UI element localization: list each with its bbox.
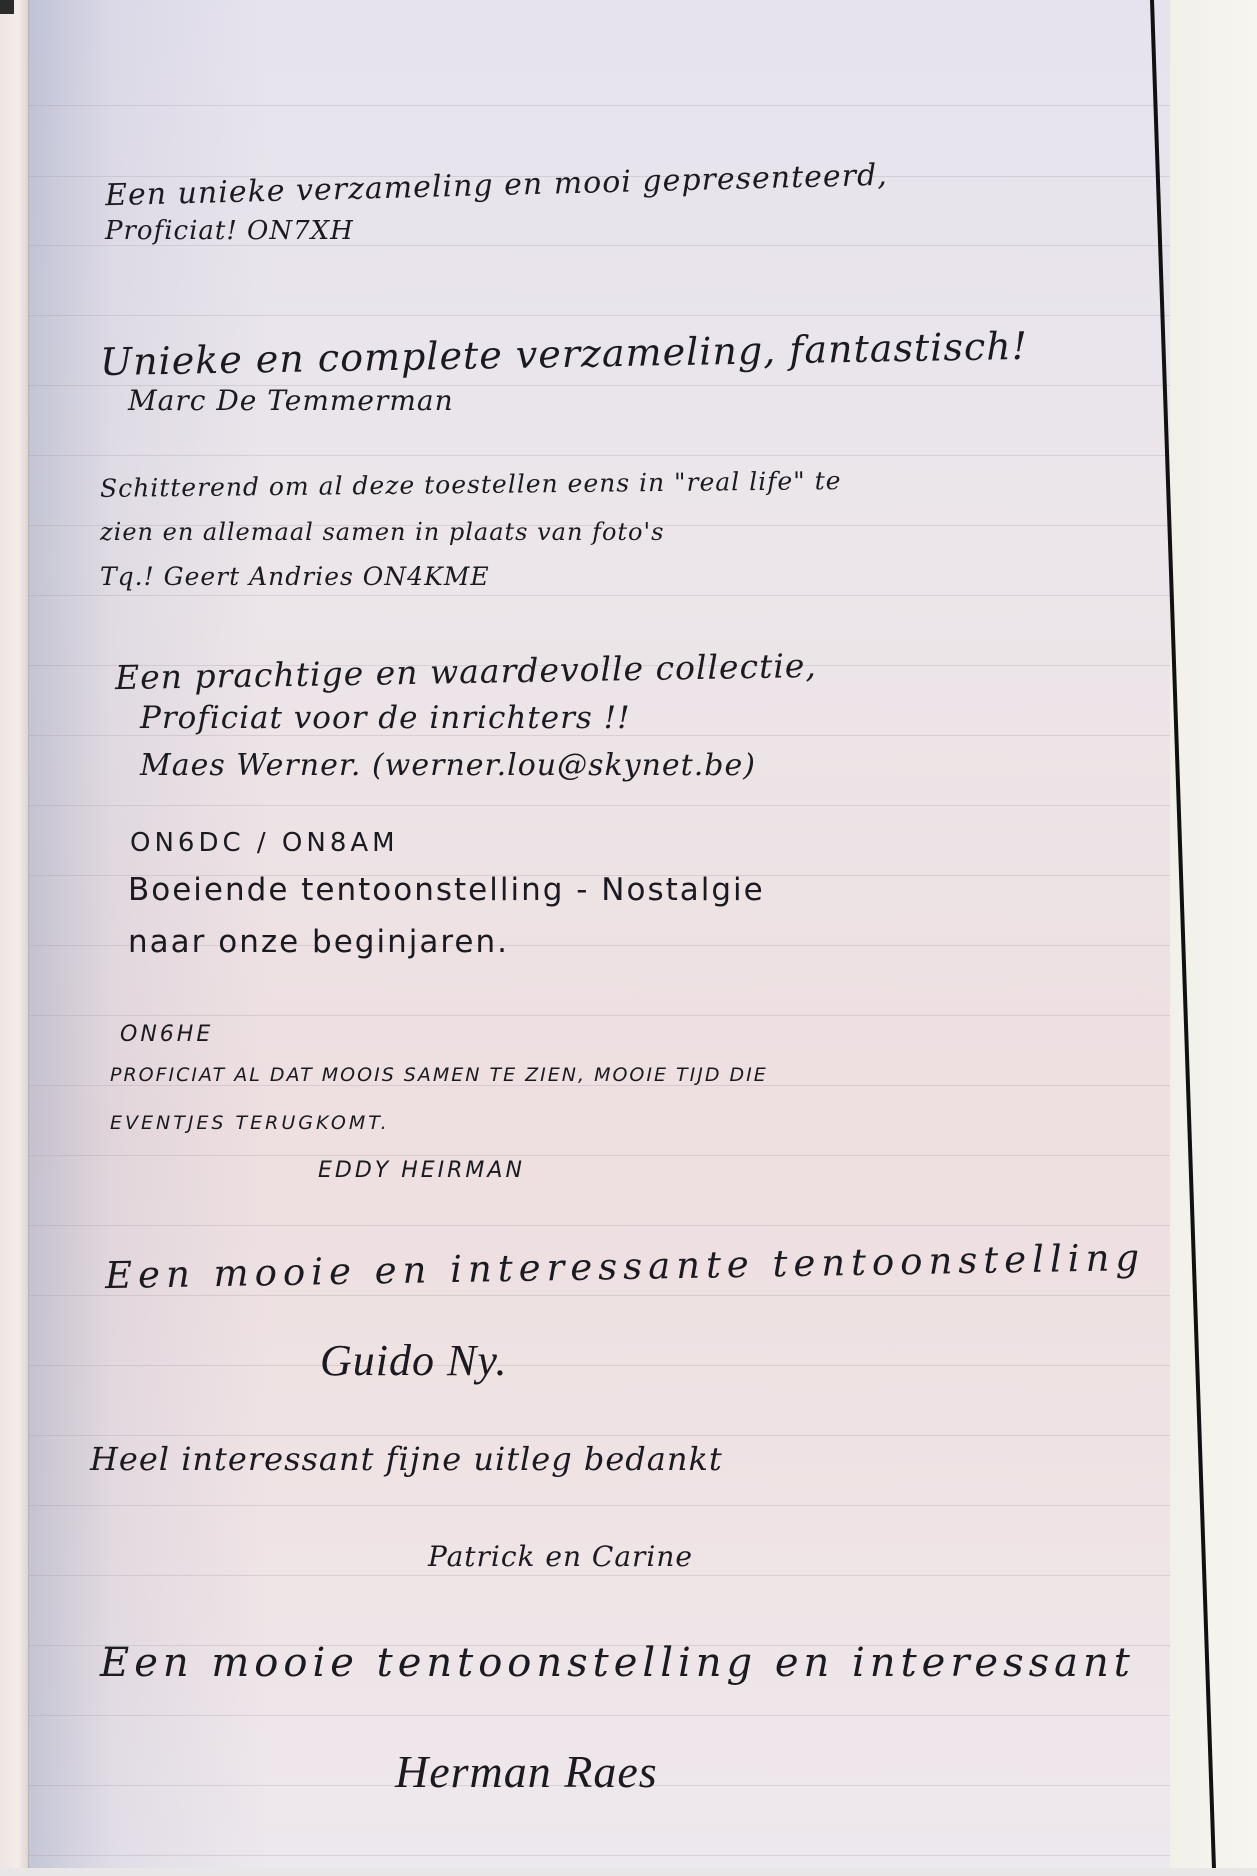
ruled-line <box>29 1435 1219 1436</box>
ruled-line <box>29 1715 1219 1716</box>
ruled-line <box>29 455 1219 456</box>
entry-4-signature: Maes Werner. (werner.lou@skynet.be) <box>140 748 756 783</box>
entry-9-line-1: Een mooie tentoonstelling en interessant <box>100 1640 1135 1686</box>
notebook-bottom-edge <box>0 1868 1257 1876</box>
ruled-line <box>29 1505 1219 1506</box>
ruled-line <box>29 1015 1219 1016</box>
ruled-line <box>29 595 1219 596</box>
entry-1-line-2: Proficiat! ON7XH <box>105 216 354 246</box>
ruled-line <box>29 1155 1219 1156</box>
ruled-line <box>29 315 1219 316</box>
ruled-line <box>29 105 1219 106</box>
entry-8-line-1: Heel interessant fijne uitleg bedankt <box>90 1440 723 1478</box>
ruled-line <box>29 1855 1219 1856</box>
notebook-left-edge <box>0 0 30 1876</box>
entry-7-signature: Guido Ny. <box>320 1335 507 1386</box>
ruled-line <box>29 1575 1219 1576</box>
entry-5-line-1: Boeiende tentoonstelling - Nostalgie <box>128 872 765 908</box>
entry-3-line-2: zien en allemaal samen in plaats van fot… <box>100 518 664 546</box>
entry-6-signature: EDDY HEIRMAN <box>318 1158 525 1183</box>
entry-5-callsigns: ON6DC / ON8AM <box>130 828 399 858</box>
ruled-line <box>29 1365 1219 1366</box>
entry-4-line-2: Proficiat voor de inrichters !! <box>140 700 631 736</box>
ruled-line <box>29 1225 1219 1226</box>
entry-9-signature: Herman Raes <box>395 1745 658 1798</box>
ruled-line <box>29 805 1219 806</box>
entry-5-line-2: naar onze beginjaren. <box>128 924 509 960</box>
entry-6-line-1: PROFICIAT AL DAT MOOIS SAMEN TE ZIEN, MO… <box>110 1064 768 1086</box>
entry-2-signature: Marc De Temmerman <box>128 384 454 417</box>
entry-3-signature: Tq.! Geert Andries ON4KME <box>100 562 490 591</box>
entry-6-line-2: EVENTJES TERUGKOMT. <box>110 1112 390 1134</box>
entry-6-callsign: ON6HE <box>120 1022 213 1047</box>
entry-8-signature: Patrick en Carine <box>428 1540 693 1573</box>
